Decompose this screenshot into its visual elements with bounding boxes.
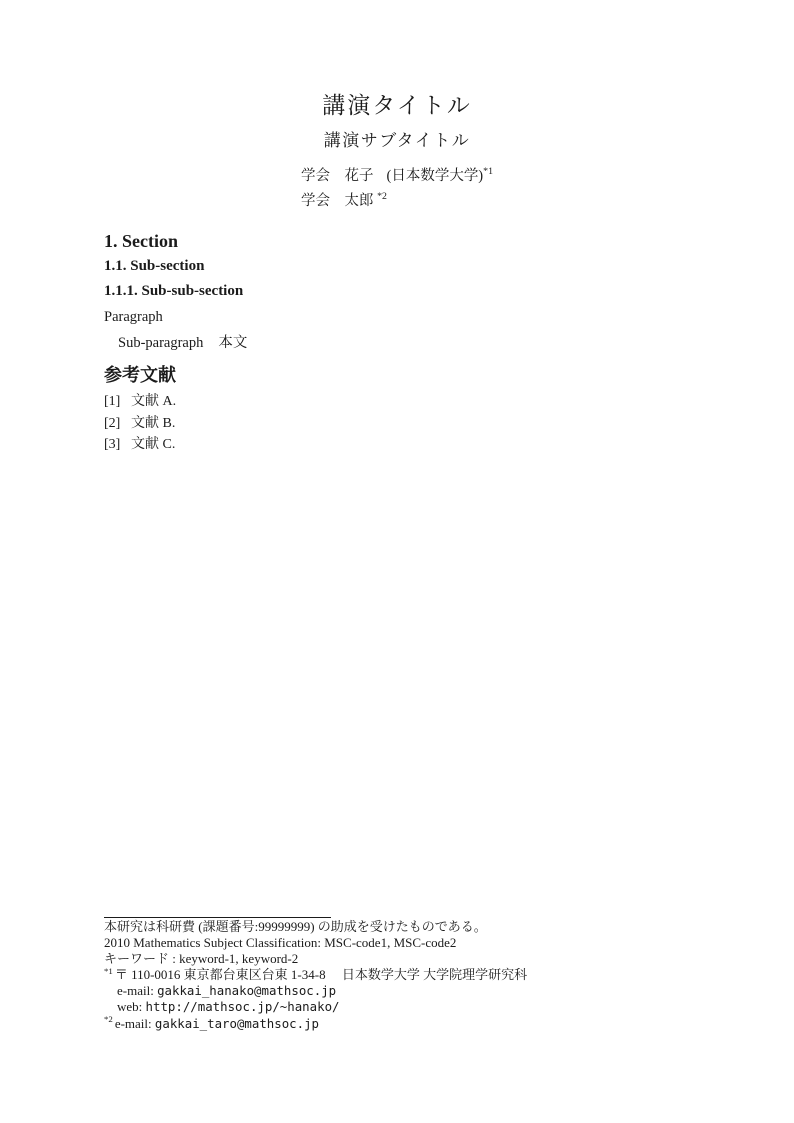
reference-label: [3] — [104, 434, 121, 456]
address-text: 〒 110-0016 東京都台東区台東 1-34-8 日本数学大学 大学院理学研… — [115, 967, 527, 982]
footnote-1-email: e-mail: gakkai_hanako@mathsoc.jp — [104, 983, 704, 999]
author-footnote-mark: *1 — [483, 166, 493, 177]
author-name: 学会 太郎 — [301, 193, 374, 209]
references-heading: 参考文献 — [104, 361, 704, 387]
body-text: 本文 — [218, 335, 247, 351]
keywords-line: キーワード : keyword-1, keyword-2 — [104, 951, 704, 967]
author-block: 学会 花子(日本数学大学)*1 学会 太郎 *2 — [0, 164, 794, 214]
reference-list: [1]文献 A. [2]文献 B. [3]文献 C. — [104, 391, 704, 456]
section-heading: 1. Section — [104, 231, 704, 252]
reference-item: [1]文献 A. — [104, 391, 704, 413]
reference-label: [2] — [104, 413, 121, 435]
footnote-rule — [104, 917, 331, 918]
reference-text: 文献 B. — [131, 416, 175, 431]
subparagraph-line: Sub-paragraph本文 — [118, 331, 704, 352]
email-label: e-mail: — [115, 1016, 155, 1031]
web-url: http://mathsoc.jp/~hanako/ — [146, 999, 340, 1014]
footnote-block: 本研究は科研費 (課題番号:99999999) の助成を受けたものである。 20… — [104, 919, 704, 1032]
author-name: 学会 花子 — [301, 168, 374, 184]
email-label: e-mail: — [117, 983, 157, 998]
footnote-mark: *2 — [104, 1014, 113, 1024]
document-page: 講演タイトル 講演サブタイトル 学会 花子(日本数学大学)*1 学会 太郎 *2… — [0, 0, 794, 1123]
subsubsection-heading: 1.1.1. Sub-sub-section — [104, 283, 704, 300]
footnote-1-web: web: http://mathsoc.jp/~hanako/ — [104, 999, 704, 1015]
author-footnote-mark: *2 — [377, 191, 387, 202]
author-affiliation: (日本数学大学) — [386, 168, 483, 184]
msc-line: 2010 Mathematics Subject Classification:… — [104, 935, 704, 951]
reference-label: [1] — [104, 391, 121, 413]
email-address: gakkai_hanako@mathsoc.jp — [157, 983, 336, 998]
email-address: gakkai_taro@mathsoc.jp — [155, 1016, 319, 1031]
web-label: web: — [117, 999, 146, 1014]
reference-item: [2]文献 B. — [104, 413, 704, 435]
paragraph-heading: Paragraph — [104, 309, 704, 326]
footnote-mark: *1 — [104, 966, 113, 976]
author-line-1: 学会 花子(日本数学大学)*1 — [301, 164, 493, 189]
paper-subtitle: 講演サブタイトル — [0, 126, 794, 151]
subsection-heading: 1.1. Sub-section — [104, 258, 704, 275]
reference-text: 文献 C. — [131, 437, 175, 452]
subparagraph-heading: Sub-paragraph — [118, 335, 203, 351]
paper-title: 講演タイトル — [0, 87, 794, 120]
acknowledgment-line: 本研究は科研費 (課題番号:99999999) の助成を受けたものである。 — [104, 919, 704, 935]
reference-item: [3]文献 C. — [104, 434, 704, 456]
footnote-1-address: *1〒 110-0016 東京都台東区台東 1-34-8 日本数学大学 大学院理… — [104, 967, 704, 983]
footnote-2-email: *2e-mail: gakkai_taro@mathsoc.jp — [104, 1016, 704, 1032]
reference-text: 文献 A. — [131, 394, 176, 409]
author-line-2: 学会 太郎 *2 — [301, 189, 493, 214]
